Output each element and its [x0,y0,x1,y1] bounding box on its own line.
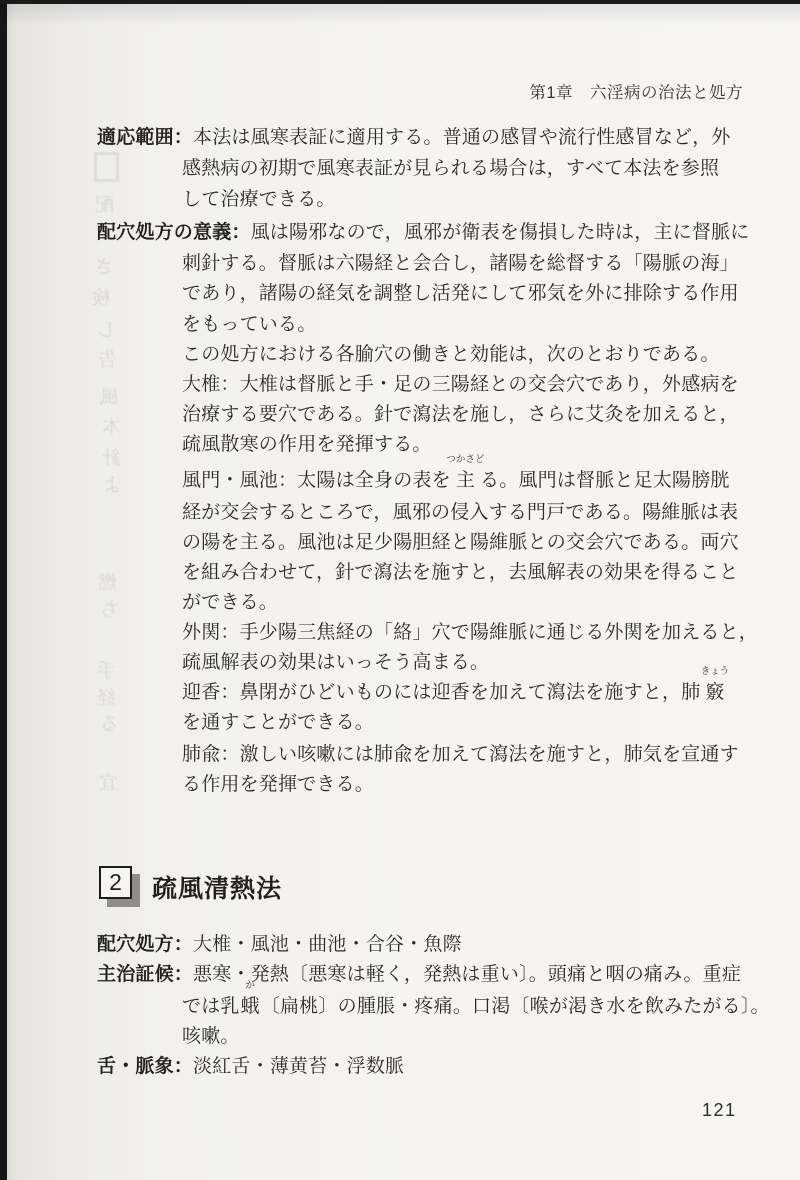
text-line: して治療できる。 [182,185,336,215]
body-text: 悪寒・発熱〔悪寒は軽く，発熱は重い〕。頭痛と咽の痛み。重症 [193,964,741,985]
text-line: この処方における各腧穴の働きと効能は，次のとおりである。 [182,340,720,370]
text-line: 刺針する。督脈は六陽経と会合し，諸陽を総督する「陽脈の海」 [182,249,739,279]
body-text: 本法は風寒表証に適用する。普通の感冒や流行性感冒など，外 [193,127,731,148]
text-line: 治療する要穴である。針で瀉法を施し，さらに艾灸を加えると， [182,400,739,430]
body-text: る。風門は督脈と足太陽膀胱 [480,470,730,491]
text-line: 迎香：鼻閉がひどいものには迎香を加えて瀉法を施すと，肺竅きょう [182,678,730,708]
text-line: 風門・風池：太陽は全身の表を主つかさどる。風門は督脈と足太陽膀胱 [182,466,730,496]
text-line: 配穴処方：大椎・風池・曲池・合谷・魚際 [97,930,462,960]
text-line: 配穴処方の意義：風は陽邪なので，風邪が衛表を傷損した時は，主に督脈に [97,218,749,248]
text-line: 肺兪：激しい咳嗽には肺兪を加えて瀉法を施すと，肺気を宣通す [182,740,739,770]
text-line: 感熱病の初期で風寒表証が見られる場合は，すべて本法を参照 [182,154,719,184]
field-label: 適応範囲： [97,127,193,148]
ghost-showthrough-text: さ [94,252,113,279]
ruby-text: きょう [701,668,730,678]
ghost-showthrough-text: 配 [95,190,114,217]
text-line: 経が交会するところで，風邪の侵入する門戸である。陽維脈は表 [182,498,738,528]
chapter-running-head: 第1章 六淫病の治法と処方 [529,79,743,103]
text-line: 咳嗽。 [182,1022,240,1052]
body-text: 淡紅舌・薄黄苔・浮数脈 [193,1056,404,1077]
body-text: 〔扁桃〕の腫脹・疼痛。口渇〔喉が渇き水を飲みたがる〕。 [261,996,770,1017]
ruby-text: が [245,982,255,992]
ruby-base: 蛾 [241,996,260,1017]
body-text: では乳 [182,996,240,1017]
ghost-showthrough-text: 針 [102,443,121,470]
text-line: ができる。 [182,588,278,618]
ghost-showthrough-text: 経 [97,683,116,710]
text-line: の陽を主る。風池は足少陽胆経と陽維脈との交会穴である。両穴 [182,528,739,558]
body-text: 風は陽邪なので，風邪が衛表を傷損した時は，主に督脈に [251,222,750,243]
text-line: では乳蛾が〔扁桃〕の腫脹・疼痛。口渇〔喉が渇き水を飲みたがる〕。 [182,992,770,1022]
ruby-annotation: 蛾が [241,992,260,1022]
text-line: を通すことができる。 [182,708,374,738]
ghost-showthrough-text: 本 [102,412,121,439]
ghost-showthrough-text: 燃 [98,568,117,595]
ghost-showthrough-text: し [97,315,116,342]
ruby-annotation: 竅きょう [705,678,724,708]
field-label: 舌・脈象： [97,1056,193,1077]
ruby-annotation: 主つかさど [456,466,475,496]
scanned-book-page: 配 さ 検 し 告 風 本 針 よ 燃 ち 手 経 る 宜 第1章 六淫病の治法… [0,0,800,1180]
text-line: 主治証候：悪寒・発熱〔悪寒は軽く，発熱は重い〕。頭痛と咽の痛み。重症 [97,960,741,990]
text-line: る作用を発揮できる。 [182,770,374,800]
ghost-showthrough-text: 検 [92,283,111,310]
page-number: 121 [702,1100,737,1121]
ghost-showthrough-text: 手 [97,656,116,683]
ghost-showthrough-text: 宜 [99,768,118,795]
text-line: 外関：手少陽三焦経の「絡」穴で陽維脈に通じる外関を加えると， [182,618,758,648]
body-text: 風門・風池：太陽は全身の表を [182,470,451,491]
field-label: 配穴処方： [97,934,193,955]
text-line: であり，諸陽の経気を調整し活発にして邪気を外に排除する作用 [182,279,739,309]
text-line: 適応範囲：本法は風寒表証に適用する。普通の感冒や流行性感冒など，外 [97,123,731,153]
ruby-base: 竅 [705,682,724,703]
ghost-showthrough-text: 告 [98,345,117,372]
ghost-showthrough-text: よ [103,470,122,497]
text-line: をもっている。 [182,310,316,340]
field-label: 配穴処方の意義： [97,222,251,243]
ghost-showthrough-box [94,152,119,182]
text-line: 疏風散寒の作用を発揮する。 [182,430,432,460]
body-text: 迎香：鼻閉がひどいものには迎香を加えて瀉法を施すと，肺 [182,682,700,703]
section-number-box: 2 [99,866,132,899]
text-line: 大椎：大椎は督脈と手・足の三陽経との交会穴であり，外感病を [182,370,739,400]
text-line: を組み合わせて，針で瀉法を施すと，去風解表の効果を得ること [182,558,738,588]
text-line: 疏風解表の効果はいっそう高まる。 [182,648,489,678]
ruby-base: 主 [456,470,475,491]
body-text: 大椎・風池・曲池・合谷・魚際 [193,934,462,955]
scan-edge-left [0,0,7,1180]
ghost-showthrough-text: る [100,709,119,736]
scan-edge-top [0,0,800,4]
ghost-showthrough-text: ち [100,595,119,622]
text-line: 舌・脈象：淡紅舌・薄黄苔・浮数脈 [97,1052,404,1082]
ruby-text: つかさど [446,456,484,466]
section-title: 疏風清熱法 [152,869,282,905]
field-label: 主治証候： [97,964,193,985]
ghost-showthrough-text: 風 [100,382,119,409]
